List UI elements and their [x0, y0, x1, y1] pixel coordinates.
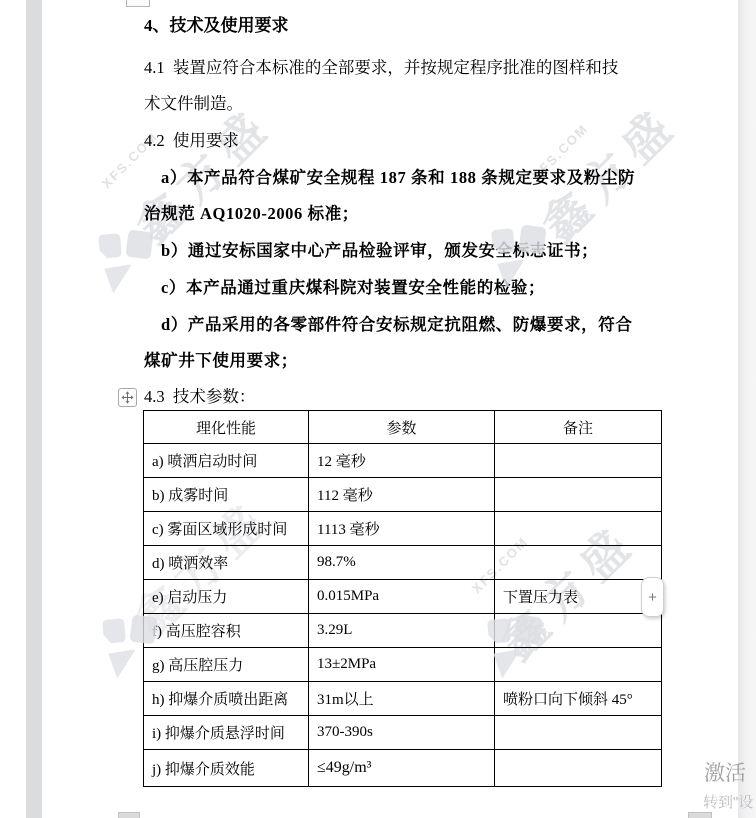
table-cell[interactable]: 下置压力表 — [495, 580, 662, 614]
paragraph-line[interactable]: b）通过安标国家中心产品检验评审，颁发安全标志证书； — [161, 237, 598, 261]
table-header-row: 理化性能 参数 备注 — [144, 411, 662, 444]
windows-activation-text: 激活 — [704, 757, 746, 787]
table-cell[interactable]: 12 毫秒 — [309, 444, 495, 478]
brand-logo-mark — [99, 231, 155, 297]
windows-activation-subtext: 转到"设 — [703, 791, 753, 812]
table-cell[interactable]: i) 抑爆介质悬浮时间 — [144, 716, 309, 750]
table-row: g) 高压腔压力 13±2MPa — [144, 648, 662, 682]
document-page: XFS.COM 鑫方盛 XFS.COM 鑫方盛 XFS.COM 鑫方盛 鑫方盛 … — [0, 0, 756, 818]
paragraph-line[interactable]: 治规范 AQ1020-2006 标准； — [144, 200, 359, 224]
table-cell[interactable]: 31m以上 — [309, 682, 495, 716]
table-cell[interactable]: 13±2MPa — [309, 648, 495, 682]
section-heading[interactable]: 4、技术及使用要求 — [144, 11, 289, 36]
table-cell[interactable] — [495, 716, 662, 750]
table-row: e) 启动压力 0.015MPa 下置压力表 — [144, 580, 662, 614]
table-cell[interactable]: 0.015MPa — [309, 580, 495, 614]
insert-row-button[interactable]: + — [641, 577, 664, 617]
table-cell[interactable] — [495, 478, 662, 512]
table-row: d) 喷洒效率 98.7% — [144, 546, 662, 580]
paragraph-line[interactable]: 术文件制造。 — [144, 90, 243, 114]
vertical-scrollbar-track[interactable] — [738, 0, 756, 818]
table-cell[interactable]: h) 抑爆介质喷出距离 — [144, 682, 309, 716]
cropped-ui-box — [118, 812, 140, 818]
table-row: j) 抑爆介质效能 ≤49g/m³ — [144, 750, 662, 787]
table-row: a) 喷洒启动时间 12 毫秒 — [144, 444, 662, 478]
table-cell[interactable] — [495, 614, 662, 648]
table-cell[interactable]: j) 抑爆介质效能 — [144, 750, 309, 787]
table-row: f) 高压腔容积 3.29L — [144, 614, 662, 648]
parameters-table: 理化性能 参数 备注 a) 喷洒启动时间 12 毫秒 b) 成雾时间 112 毫… — [143, 410, 662, 787]
table-cell[interactable]: g) 高压腔压力 — [144, 648, 309, 682]
table-header-cell[interactable]: 理化性能 — [144, 411, 309, 444]
table-cell[interactable] — [495, 512, 662, 546]
table-cell[interactable]: 3.29L — [309, 614, 495, 648]
table-header-cell[interactable]: 参数 — [309, 411, 495, 444]
table-cell[interactable]: e) 启动压力 — [144, 580, 309, 614]
table-cell[interactable] — [495, 648, 662, 682]
table-cell[interactable]: ≤49g/m³ — [309, 750, 495, 787]
table-row: i) 抑爆介质悬浮时间 370-390s — [144, 716, 662, 750]
table-cell[interactable]: 370-390s — [309, 716, 495, 750]
plus-icon: + — [648, 589, 657, 606]
cropped-ui-box — [126, 0, 150, 7]
table-cell[interactable]: c) 雾面区域形成时间 — [144, 512, 309, 546]
cropped-ui-box — [688, 812, 712, 818]
table-cell[interactable] — [495, 546, 662, 580]
move-arrows-icon — [121, 391, 134, 404]
paragraph-line[interactable]: 4.1 装置应符合本标准的全部要求，并按规定程序批准的图样和技 — [144, 54, 618, 78]
table-cell[interactable]: b) 成雾时间 — [144, 478, 309, 512]
paragraph-line[interactable]: 煤矿井下使用要求； — [144, 347, 298, 371]
table-cell[interactable]: 98.7% — [309, 546, 495, 580]
table-move-handle[interactable] — [118, 388, 137, 407]
table-cell[interactable]: a) 喷洒启动时间 — [144, 444, 309, 478]
table-cell[interactable] — [495, 750, 662, 787]
table-cell[interactable]: 112 毫秒 — [309, 478, 495, 512]
table-header-cell[interactable]: 备注 — [495, 411, 662, 444]
table-cell[interactable]: f) 高压腔容积 — [144, 614, 309, 648]
left-divider-strip — [26, 0, 42, 818]
table-cell[interactable]: 1113 毫秒 — [309, 512, 495, 546]
table-cell[interactable]: d) 喷洒效率 — [144, 546, 309, 580]
table-cell[interactable]: 喷粉口向下倾斜 45° — [495, 682, 662, 716]
table-row: b) 成雾时间 112 毫秒 — [144, 478, 662, 512]
paragraph-line[interactable]: d）产品采用的各零部件符合安标规定抗阻燃、防爆要求，符合 — [161, 311, 632, 335]
table-cell[interactable] — [495, 444, 662, 478]
paragraph-line[interactable]: a）本产品符合煤矿安全规程 187 条和 188 条规定要求及粉尘防 — [161, 164, 635, 188]
paragraph-line[interactable]: 4.3 技术参数： — [144, 383, 255, 407]
table-row: h) 抑爆介质喷出距离 31m以上 喷粉口向下倾斜 45° — [144, 682, 662, 716]
paragraph-line[interactable]: c）本产品通过重庆煤科院对装置安全性能的检验； — [161, 274, 545, 298]
paragraph-line[interactable]: 4.2 使用要求 — [144, 127, 239, 151]
table-row: c) 雾面区域形成时间 1113 毫秒 — [144, 512, 662, 546]
